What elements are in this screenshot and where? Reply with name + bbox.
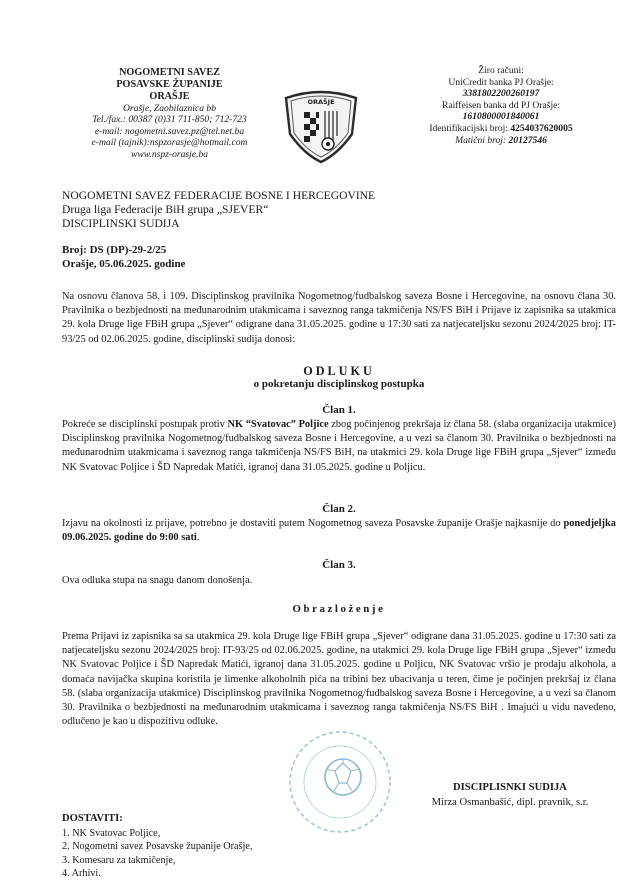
org-email-secretary: e-mail (tajnik):nspzorasje@hotmail.com <box>62 137 277 148</box>
accused-club: NK “Svatovac” Poljice <box>228 419 329 430</box>
article-3-heading: Član 3. <box>62 559 616 571</box>
org-name-line-3: ORAŠJE <box>62 91 277 103</box>
distribution-title: DOSTAVITI: <box>62 813 123 824</box>
svg-text:ORAŠJE: ORAŠJE <box>307 97 334 106</box>
reg-label: Matični broj: <box>455 135 508 146</box>
football-association-shield-icon: ORAŠJE <box>278 84 364 164</box>
reasoning-text: Prema Prijavi iz zapisnika sa sa utakmic… <box>62 630 616 729</box>
official-round-stamp-icon <box>285 727 395 837</box>
article-1-text: Pokreće se disciplinski postupak protiv … <box>62 418 616 475</box>
decision-title: ODLUKU <box>62 364 616 379</box>
id-label: Identifikacijski broj: <box>429 123 510 134</box>
org-name-line-2: POSAVSKE ŽUPANIJE <box>62 79 277 91</box>
federation-header: NOGOMETNI SAVEZ FEDERACIJE BOSNE I HERCE… <box>62 189 375 231</box>
league-name: Druga liga Federacije BiH grupa „SJEVER“ <box>62 203 375 217</box>
letterhead-left: NOGOMETNI SAVEZ POSAVSKE ŽUPANIJE ORAŠJE… <box>62 67 277 160</box>
reasoning-heading: Obrazloženje <box>62 603 616 615</box>
decision-subtitle: o pokretanju disciplinskog postupka <box>62 378 616 390</box>
federation-name: NOGOMETNI SAVEZ FEDERACIJE BOSNE I HERCE… <box>62 189 375 203</box>
bank2-name: Raiffeisen banka dd PJ Orašje: <box>400 100 602 112</box>
signature-name: Mirza Osmanbašić, dipl. pravnik, s.r. <box>410 797 610 808</box>
reg-number-row: Matični broj: 20127546 <box>400 135 602 147</box>
intro-paragraph: Na osnovu članova 58. i 109. Disciplinsk… <box>62 290 616 347</box>
article-2-heading: Član 2. <box>62 503 616 515</box>
signature-title: DISCIPLISNKI SUDIJA <box>410 782 610 793</box>
bank1-account: 3381802200260197 <box>400 88 602 100</box>
article-2-text: Izjavu na okolnosti iz prijave, potrebno… <box>62 517 616 545</box>
reference-number: Broj: DS (DP)-29-2/25 <box>62 243 185 257</box>
letterhead-right: Žiro računi: UniCredit banka PJ Orašje: … <box>400 65 602 146</box>
list-item: 1. NK Svatovac Poljice, <box>62 827 252 840</box>
body-name: DISCIPLINSKI SUDIJA <box>62 217 375 231</box>
reg-value: 20127546 <box>509 135 547 146</box>
list-item: 2. Nogometni savez Posavske županije Ora… <box>62 840 252 853</box>
article-3-text: Ova odluka stupa na snagu danom donošenj… <box>62 574 616 588</box>
org-address: Orašje, Zaobilaznica bb <box>62 103 277 114</box>
org-email: e-mail: nogometni.savez.pz@tel.net.ba <box>62 126 277 137</box>
article-1-heading: Član 1. <box>62 404 616 416</box>
org-name-line-1: NOGOMETNI SAVEZ <box>62 67 277 79</box>
reference-block: Broj: DS (DP)-29-2/25 Orašje, 05.06.2025… <box>62 243 185 271</box>
list-item: 3. Komesaru za takmičenje, <box>62 854 252 867</box>
document-page: NOGOMETNI SAVEZ POSAVSKE ŽUPANIJE ORAŠJE… <box>0 0 626 896</box>
id-number-row: Identifikacijski broj: 4254037620005 <box>400 123 602 135</box>
list-item: 4. Arhivi. <box>62 867 252 880</box>
place-date: Orašje, 05.06.2025. godine <box>62 257 185 271</box>
distribution-list: 1. NK Svatovac Poljice, 2. Nogometni sav… <box>62 827 252 881</box>
id-value: 4254037620005 <box>510 123 572 134</box>
org-website: www.nspz-orasje.ba <box>62 149 277 160</box>
bank1-name: UniCredit banka PJ Orašje: <box>400 77 602 89</box>
accounts-label: Žiro računi: <box>400 65 602 77</box>
bank2-account: 1610800001840061 <box>400 111 602 123</box>
org-phone: Tel./fax.: 00387 (0)31 711-850; 712-723 <box>62 114 277 125</box>
